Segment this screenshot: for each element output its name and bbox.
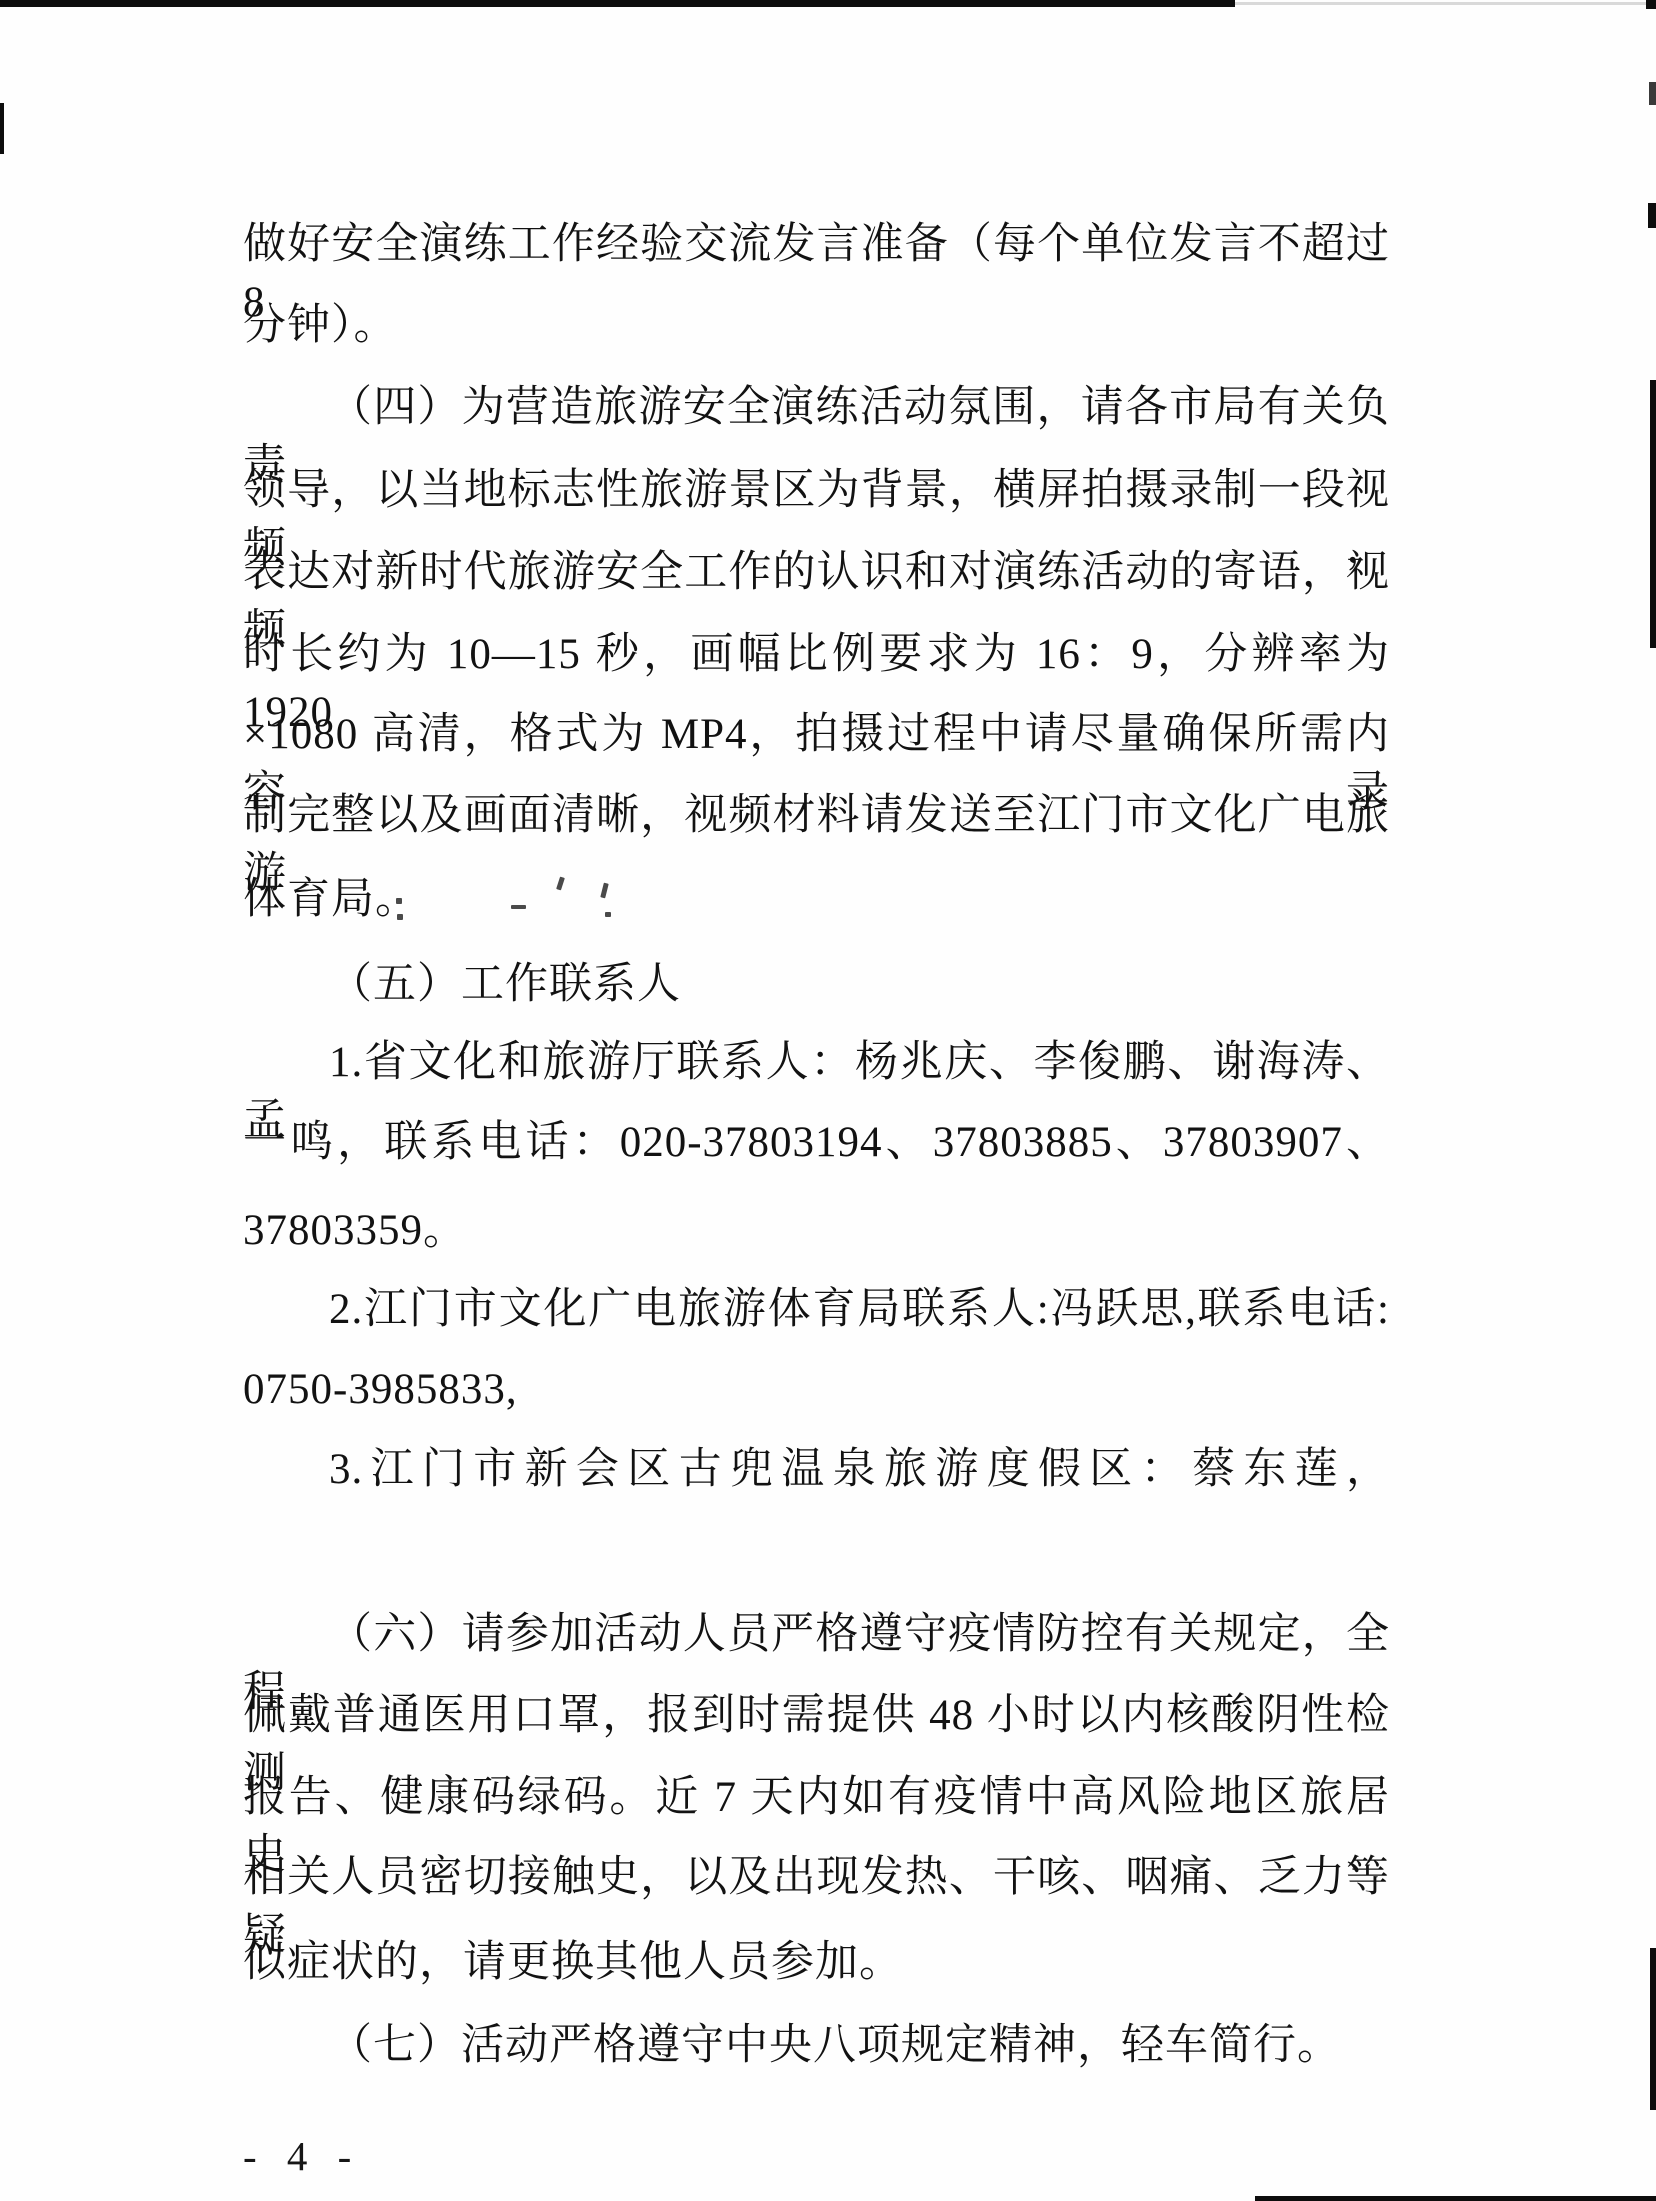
text-line: （七）活动严格遵守中央八项规定精神，轻车简行。 xyxy=(243,2017,1390,2075)
text-line: 分钟）。 xyxy=(243,297,1390,355)
document-page: { "document": { "colors": { "ink": "#121… xyxy=(0,0,1656,2201)
scan-corner-speck xyxy=(1646,0,1656,9)
scan-edge-right-mark-1 xyxy=(1649,82,1656,105)
scan-edge-right-mark-2 xyxy=(1648,203,1656,228)
text-line: 0750-3985833, xyxy=(243,1361,1390,1419)
text-line: （五）工作联系人 xyxy=(243,956,1390,1014)
scan-edge-right-bar-2 xyxy=(1650,1948,1656,2110)
text-line: 似症状的，请更换其他人员参加。 xyxy=(243,1934,1390,1992)
text-line: 3.江门市新会区古兜温泉旅游度假区：蔡东莲， xyxy=(243,1441,1390,1499)
scan-edge-bottom-bar xyxy=(1255,2196,1656,2201)
scan-edge-left-mark xyxy=(0,103,4,154)
text-line: 体育局。 xyxy=(243,871,1390,929)
scan-edge-top-faint xyxy=(1235,2,1656,5)
text-line: 37803359。 xyxy=(243,1202,1390,1260)
page-number: - 4 - xyxy=(243,2132,361,2180)
text-line: 2.江门市文化广电旅游体育局联系人:冯跃思,联系电话: xyxy=(243,1281,1390,1339)
scan-edge-right-bar-1 xyxy=(1650,380,1656,648)
text-line: 一鸣，联系电话：020-37803194、37803885、37803907、 xyxy=(243,1114,1390,1172)
scan-edge-top-bar xyxy=(0,0,1235,7)
